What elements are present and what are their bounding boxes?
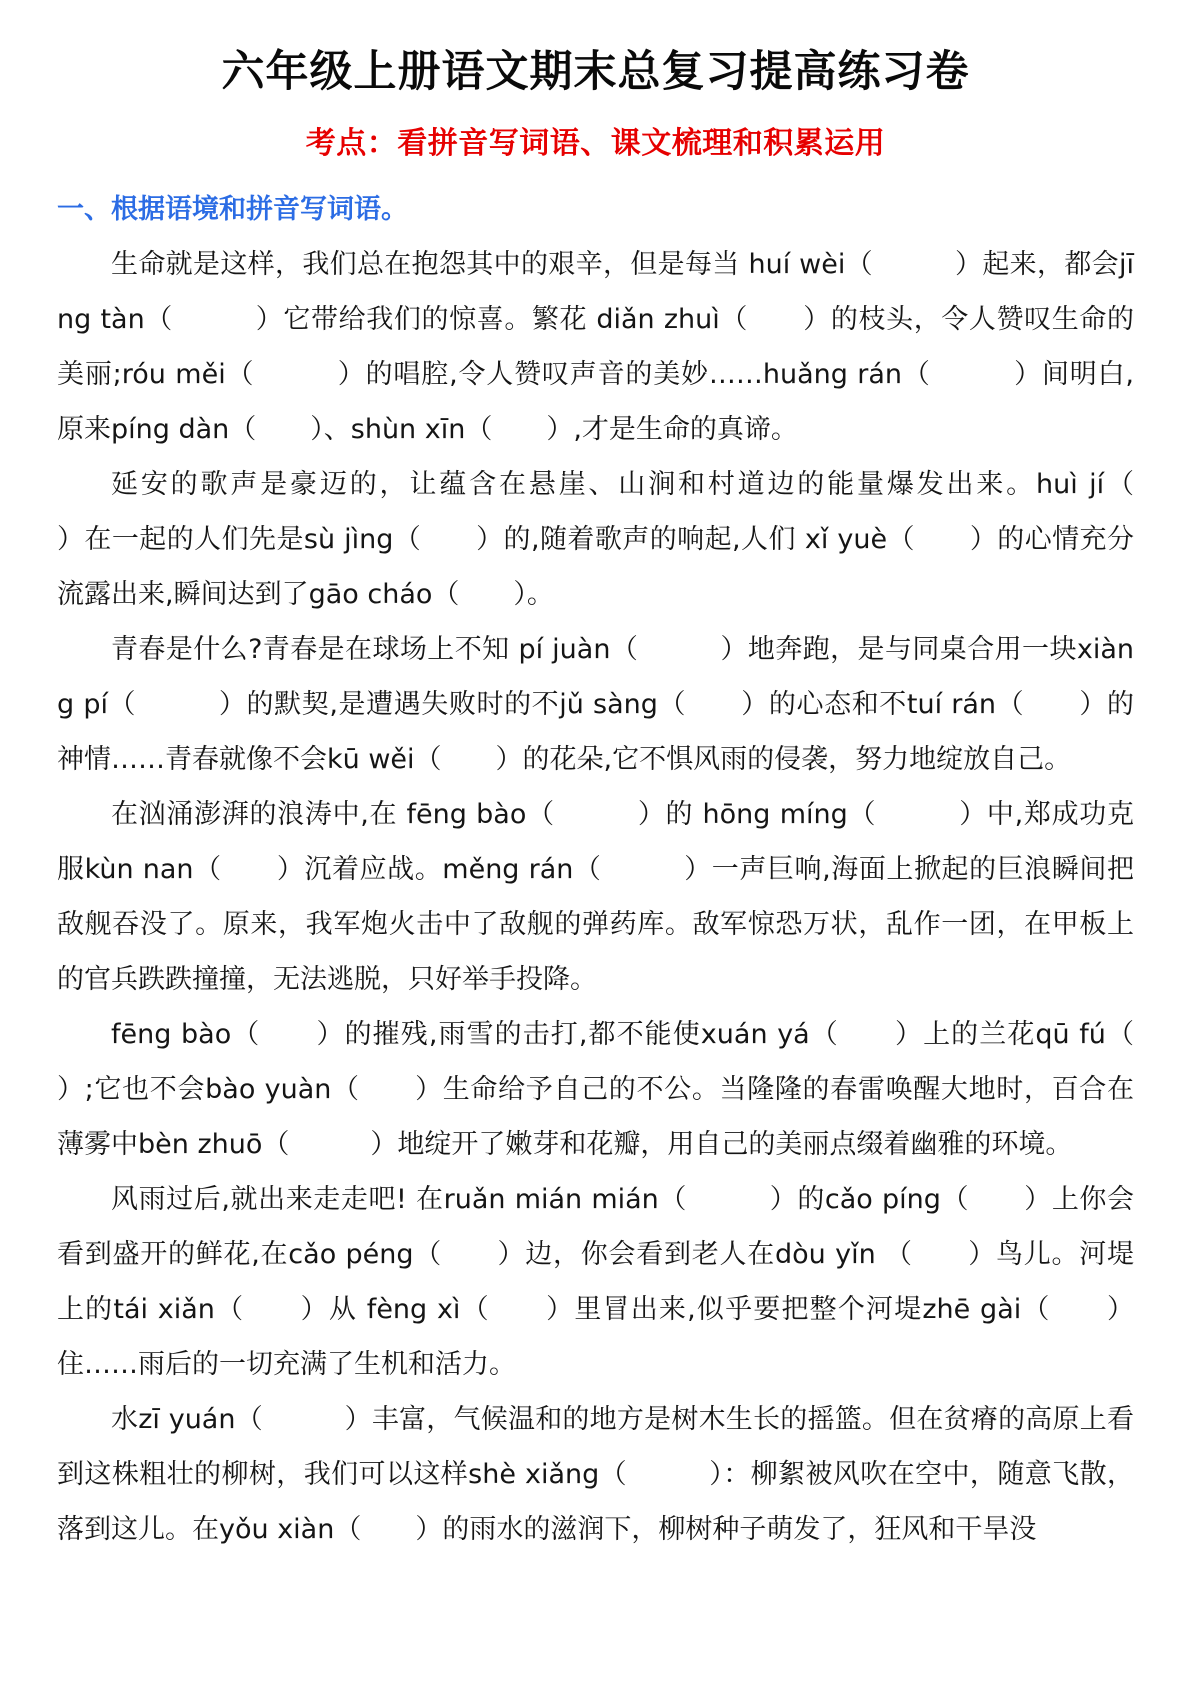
- exam-paper-page: 六年级上册语文期末总复习提高练习卷 考点：看拼音写词语、课文梳理和积累运用 一、…: [0, 0, 1191, 1684]
- paragraph-willow-tree: 水zī yuán（ ）丰富，气候温和的地方是树木生长的摇篮。但在贫瘠的高原上看到…: [57, 1392, 1134, 1557]
- paragraph-youth: 青春是什么?青春是在球场上不知 pí juàn（ ）地奔跑，是与同桌合用一块xi…: [57, 622, 1134, 787]
- page-subtitle: 考点：看拼音写词语、课文梳理和积累运用: [57, 126, 1134, 162]
- paragraph-zhengchenggong-battle: 在汹涌澎湃的浪涛中,在 fēng bào（ ）的 hōng míng（ ）中,郑…: [57, 787, 1134, 1007]
- section-1-body: 生命就是这样，我们总在抱怨其中的艰辛，但是每当 huí wèi（ ）起来，都会j…: [57, 237, 1134, 1557]
- paragraph-orchid-lily: fēng bào（ ）的摧残,雨雪的击打,都不能使xuán yá（ ）上的兰花q…: [57, 1007, 1134, 1172]
- page-title: 六年级上册语文期末总复习提高练习卷: [57, 46, 1134, 100]
- paragraph-yanan-songs: 延安的歌声是豪迈的，让蕴含在悬崖、山涧和村道边的能量爆发出来。huì jí（ ）…: [57, 457, 1134, 622]
- section-heading-1: 一、根据语境和拼音写词语。: [57, 192, 1134, 227]
- paragraph-life: 生命就是这样，我们总在抱怨其中的艰辛，但是每当 huí wèi（ ）起来，都会j…: [57, 237, 1134, 457]
- paragraph-after-rain: 风雨过后,就出来走走吧! 在ruǎn mián mián（ ）的cǎo píng…: [57, 1172, 1134, 1392]
